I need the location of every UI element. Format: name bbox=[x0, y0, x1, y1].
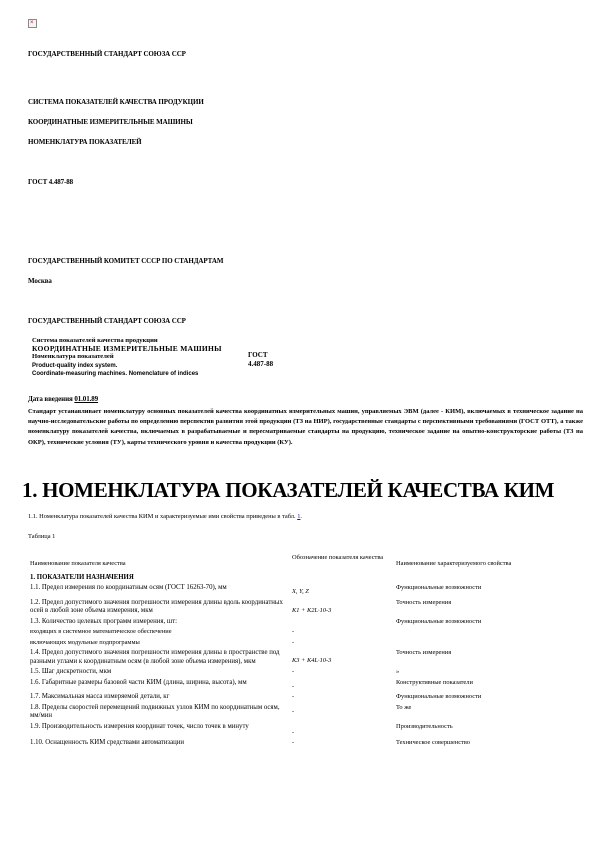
table-reference-paragraph: 1.1. Номенклатура показателей качества К… bbox=[28, 513, 302, 520]
row-symbol bbox=[290, 617, 394, 628]
table-header-row: Наименование показателя качества Обознач… bbox=[28, 553, 578, 570]
row-name: 1.5. Шаг дискретности, мкм bbox=[28, 667, 290, 678]
row-symbol: - bbox=[290, 738, 394, 749]
row-symbol: K1 + K2L·10-3 bbox=[290, 598, 394, 617]
table-row: входящих в системное математическое обес… bbox=[28, 627, 578, 638]
row-symbol: - bbox=[290, 627, 394, 638]
gost-label: ГОСТ bbox=[248, 351, 273, 360]
row-symbol: - bbox=[290, 692, 394, 703]
row-symbol: - bbox=[290, 667, 394, 678]
table-row: 1.10. Оснащенность КИМ средствами автома… bbox=[28, 738, 578, 749]
para-suffix: . bbox=[300, 513, 302, 520]
row-symbol: - bbox=[290, 722, 394, 739]
date-link[interactable]: 01.01.89 bbox=[74, 395, 98, 403]
group-row: 1. ПОКАЗАТЕЛИ НАЗНАЧЕНИЯ bbox=[28, 570, 578, 584]
table-row: включающих модульные подпрограммы - bbox=[28, 638, 578, 649]
row-name: входящих в системное математическое обес… bbox=[28, 627, 290, 638]
row-property: Точность измерения bbox=[394, 648, 578, 667]
row-symbol: - bbox=[290, 703, 394, 722]
row-property: Функциональные возможности bbox=[394, 617, 578, 628]
group-title: 1. ПОКАЗАТЕЛИ НАЗНАЧЕНИЯ bbox=[28, 570, 290, 584]
product-title: КООРДИНАТНЫЕ ИЗМЕРИТЕЛЬНЫЕ МАШИНЫ bbox=[28, 118, 193, 126]
row-name: 1.1. Предел измерения по координатным ос… bbox=[28, 583, 290, 598]
title-line-3: Номенклатура показателей bbox=[32, 353, 222, 361]
title-line-2: КООРДИНАТНЫЕ ИЗМЕРИТЕЛЬНЫЕ МАШИНЫ bbox=[32, 345, 222, 353]
row-property: Функциональные возможности bbox=[394, 692, 578, 703]
row-symbol: K3 + K4L·10-3 bbox=[290, 648, 394, 667]
city-label: Москва bbox=[28, 277, 52, 285]
table-row: 1.9. Производительность измерения коорди… bbox=[28, 722, 578, 739]
committee-heading: ГОСУДАРСТВЕННЫЙ КОМИТЕТ СССР ПО СТАНДАРТ… bbox=[28, 257, 223, 265]
nomenclature-title: НОМЕНКЛАТУРА ПОКАЗАТЕЛЕЙ bbox=[28, 138, 142, 146]
title-block: Система показателей качества продукции К… bbox=[32, 337, 222, 378]
row-name: 1.8. Пределы скоростей перемещений подви… bbox=[28, 703, 290, 722]
row-name: 1.10. Оснащенность КИМ средствами автома… bbox=[28, 738, 290, 749]
title-line-5: Coordinate-measuring machines. Nomenclat… bbox=[32, 370, 222, 378]
row-symbol: - bbox=[290, 638, 394, 649]
broken-image-icon: × bbox=[28, 19, 37, 28]
table-caption: Таблица 1 bbox=[28, 533, 55, 540]
row-name: 1.3. Количество целевых программ измерен… bbox=[28, 617, 290, 628]
section-heading: 1. НОМЕНКЛАТУРА ПОКАЗАТЕЛЕЙ КАЧЕСТВА КИМ bbox=[22, 478, 554, 503]
state-standard-heading-2: ГОСУДАРСТВЕННЫЙ СТАНДАРТ СОЮЗА ССР bbox=[28, 317, 186, 325]
gost-number: ГОСТ 4.487-88 bbox=[28, 178, 73, 186]
effective-date: Дата введения 01.01.89 bbox=[28, 395, 98, 403]
date-label: Дата введения bbox=[28, 395, 73, 403]
row-property: Точность измерения bbox=[394, 598, 578, 617]
table-row: 1.7. Максимальная масса измеряемой детал… bbox=[28, 692, 578, 703]
system-title: СИСТЕМА ПОКАЗАТЕЛЕЙ КАЧЕСТВА ПРОДУКЦИИ bbox=[28, 98, 204, 106]
gost-side-label: ГОСТ 4.487-88 bbox=[248, 351, 273, 369]
row-property: Функциональные возможности bbox=[394, 583, 578, 598]
row-name: 1.7. Максимальная масса измеряемой детал… bbox=[28, 692, 290, 703]
intro-paragraph: Стандарт устанавливает номенклатуру осно… bbox=[28, 407, 583, 448]
header-name: Наименование показателя качества bbox=[28, 553, 290, 570]
para-text: 1.1. Номенклатура показателей качества К… bbox=[28, 513, 296, 520]
row-property: Конструктивные показатели bbox=[394, 678, 578, 693]
row-property: Техническое совершенство bbox=[394, 738, 578, 749]
row-property: » bbox=[394, 667, 578, 678]
title-line-4: Product-quality index system. bbox=[32, 362, 222, 370]
row-property: То же bbox=[394, 703, 578, 722]
row-name: 1.6. Габаритные размеры базовой части КИ… bbox=[28, 678, 290, 693]
row-property bbox=[394, 627, 578, 638]
row-symbol: - bbox=[290, 678, 394, 693]
row-name: 1.2. Предел допустимого значения погрешн… bbox=[28, 598, 290, 617]
row-symbol: X, Y, Z bbox=[290, 583, 394, 598]
table-row: 1.2. Предел допустимого значения погрешн… bbox=[28, 598, 578, 617]
indicators-table: Наименование показателя качества Обознач… bbox=[28, 553, 578, 749]
header-property: Наименование характеризуемого свойства bbox=[394, 553, 578, 570]
table-row: 1.4. Предел допустимого значения погрешн… bbox=[28, 648, 578, 667]
row-name: 1.4. Предел допустимого значения погрешн… bbox=[28, 648, 290, 667]
header-symbol: Обозначение показателя качества bbox=[290, 553, 394, 570]
table-row: 1.8. Пределы скоростей перемещений подви… bbox=[28, 703, 578, 722]
state-standard-heading: ГОСУДАРСТВЕННЫЙ СТАНДАРТ СОЮЗА ССР bbox=[28, 50, 186, 58]
table-row: 1.3. Количество целевых программ измерен… bbox=[28, 617, 578, 628]
table-row: 1.5. Шаг дискретности, мкм - » bbox=[28, 667, 578, 678]
table-row: 1.1. Предел измерения по координатным ос… bbox=[28, 583, 578, 598]
row-name: 1.9. Производительность измерения коорди… bbox=[28, 722, 290, 739]
gost-side-number: 4.487-88 bbox=[248, 360, 273, 369]
row-property bbox=[394, 638, 578, 649]
row-name: включающих модульные подпрограммы bbox=[28, 638, 290, 649]
row-property: Производительность bbox=[394, 722, 578, 739]
table-row: 1.6. Габаритные размеры базовой части КИ… bbox=[28, 678, 578, 693]
